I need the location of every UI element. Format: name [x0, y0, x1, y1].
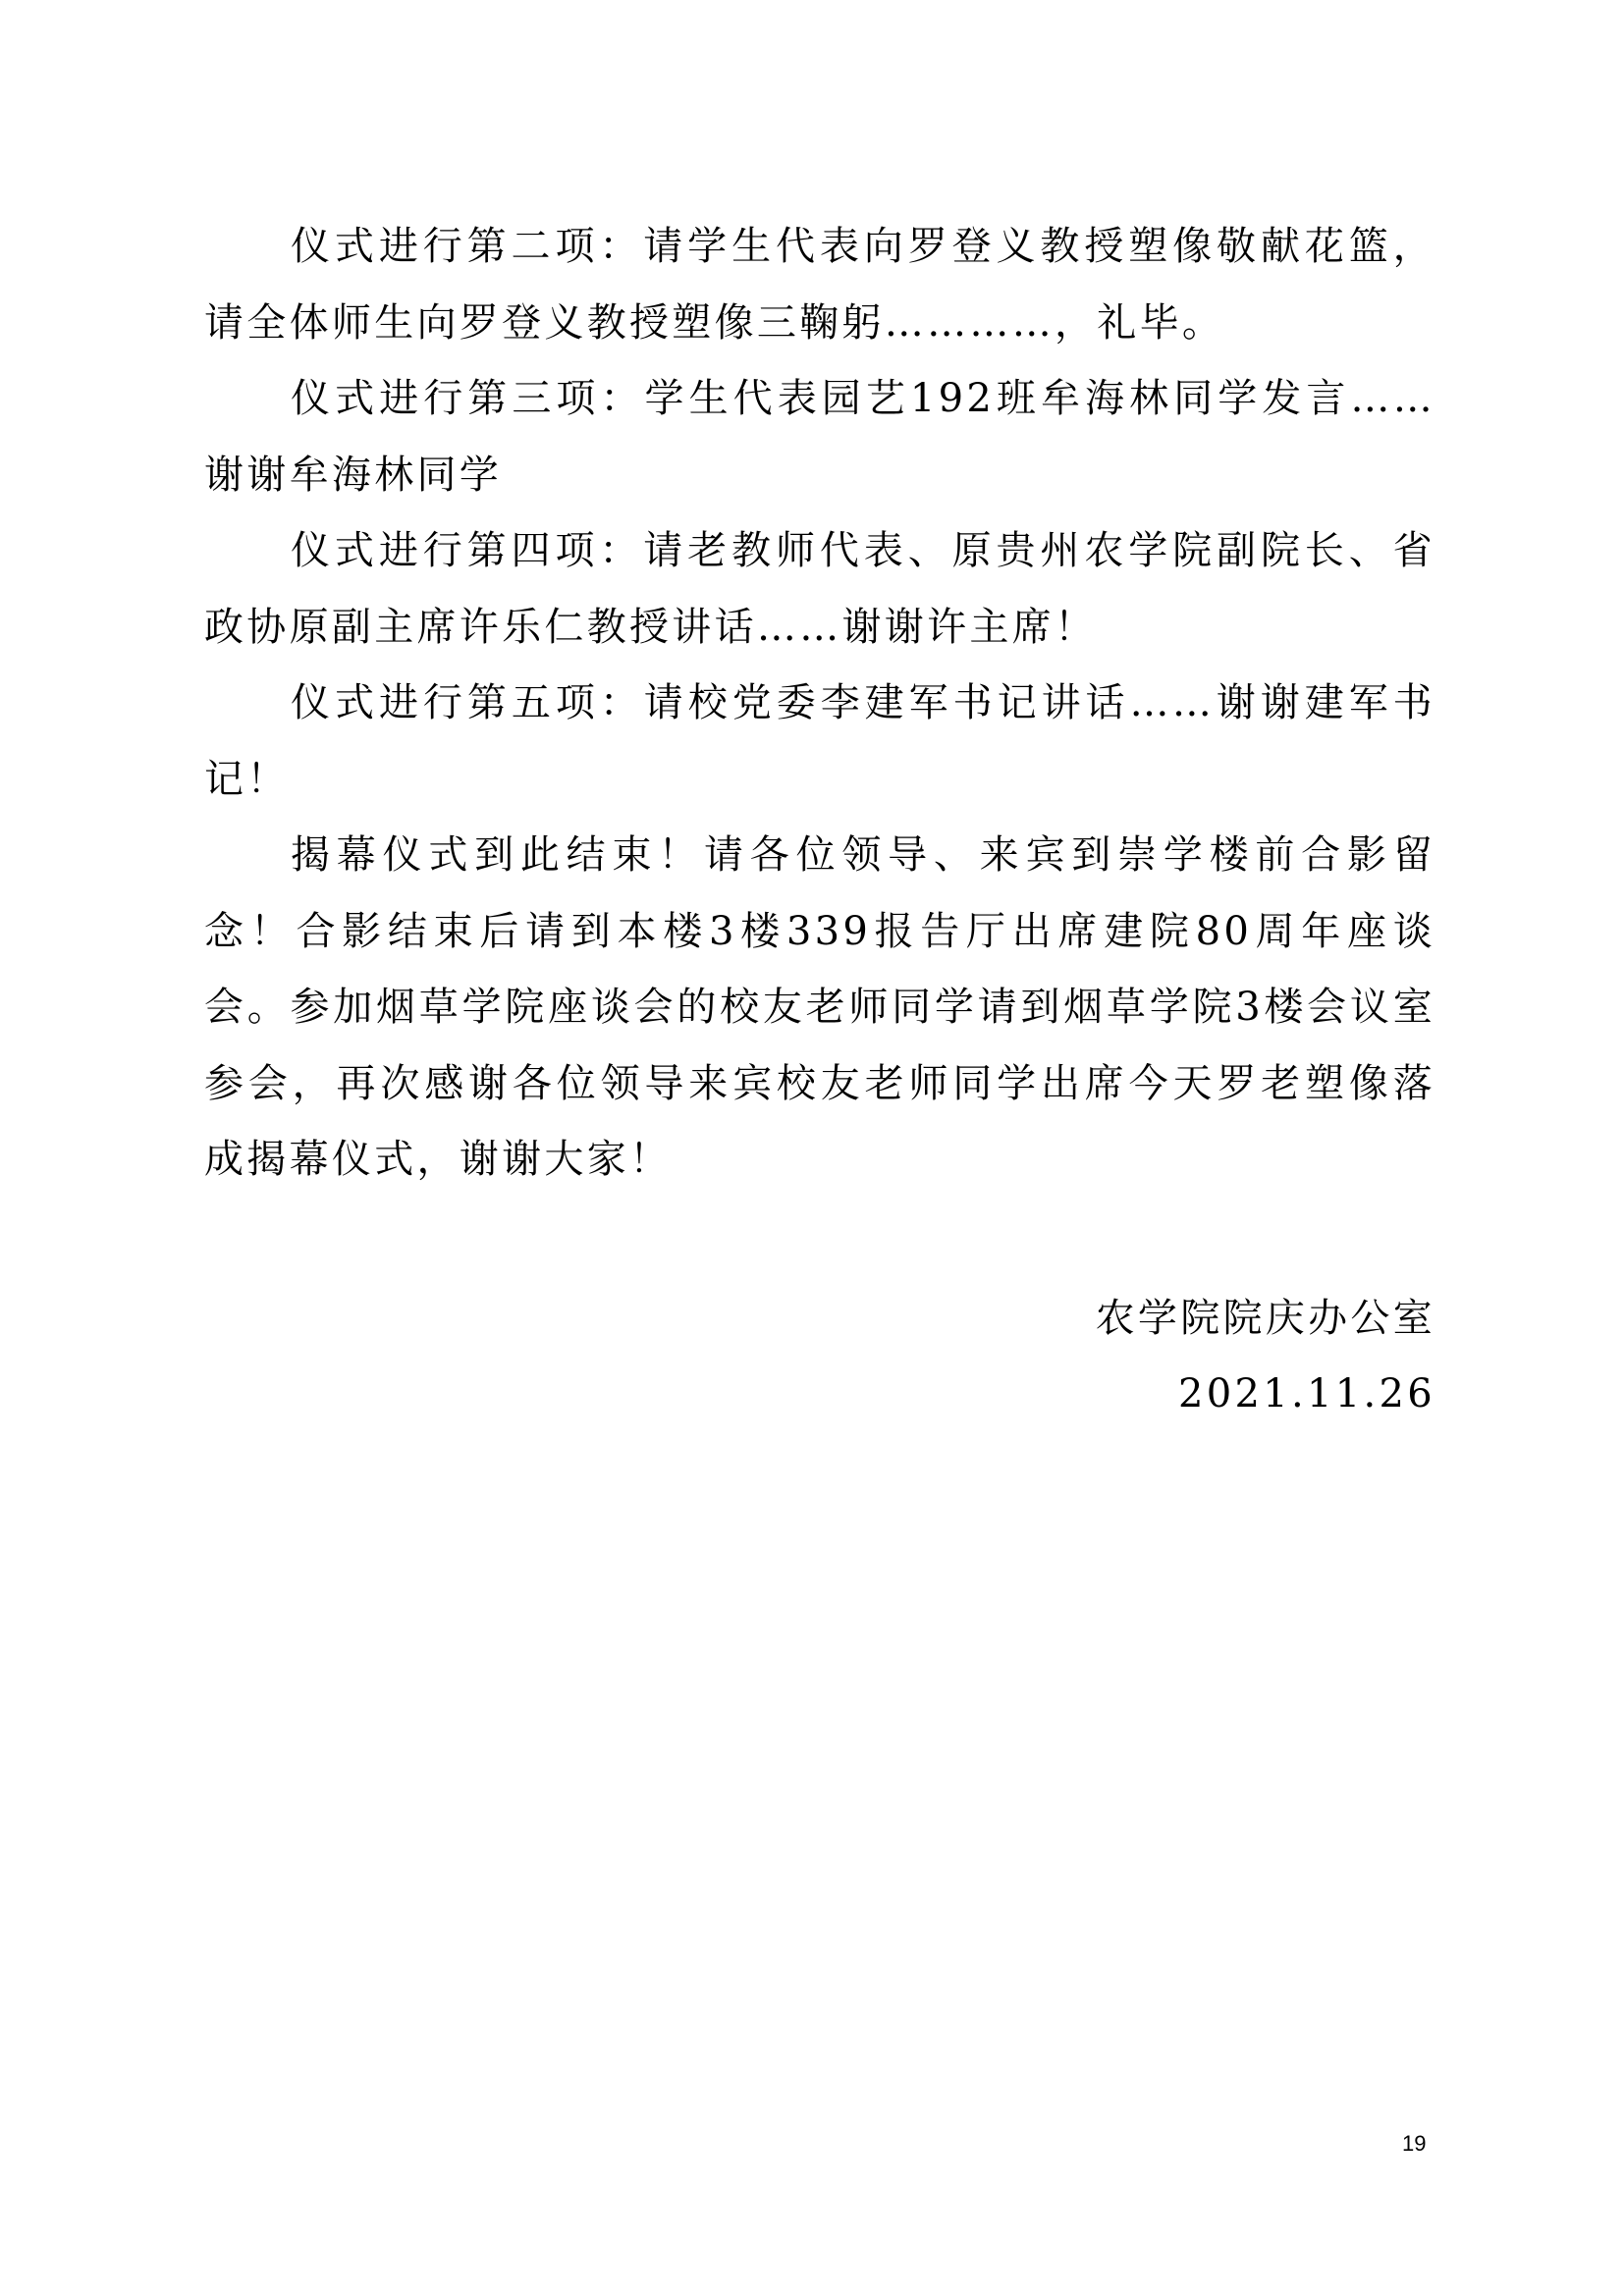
signature-organization: 农学院院庆办公室 [1096, 1281, 1435, 1357]
paragraph-step-three: 仪式进行第三项：学生代表园艺192班牟海林同学发言……谢谢牟海林同学 [204, 361, 1435, 513]
page-number: 19 [1402, 2131, 1426, 2157]
document-body: 仪式进行第二项：请学生代表向罗登义教授塑像敬献花篮，请全体师生向罗登义教授塑像三… [204, 209, 1435, 1199]
paragraph-closing: 揭幕仪式到此结束！请各位领导、来宾到崇学楼前合影留念！合影结束后请到本楼3楼33… [204, 818, 1435, 1199]
signature-block: 农学院院庆办公室 2021.11.26 [1096, 1281, 1435, 1432]
paragraph-step-five: 仪式进行第五项：请校党委李建军书记讲话……谢谢建军书记！ [204, 666, 1435, 818]
signature-date: 2021.11.26 [1096, 1357, 1435, 1432]
paragraph-step-four: 仪式进行第四项：请老教师代表、原贵州农学院副院长、省政协原副主席许乐仁教授讲话…… [204, 513, 1435, 666]
paragraph-step-two: 仪式进行第二项：请学生代表向罗登义教授塑像敬献花篮，请全体师生向罗登义教授塑像三… [204, 209, 1435, 361]
